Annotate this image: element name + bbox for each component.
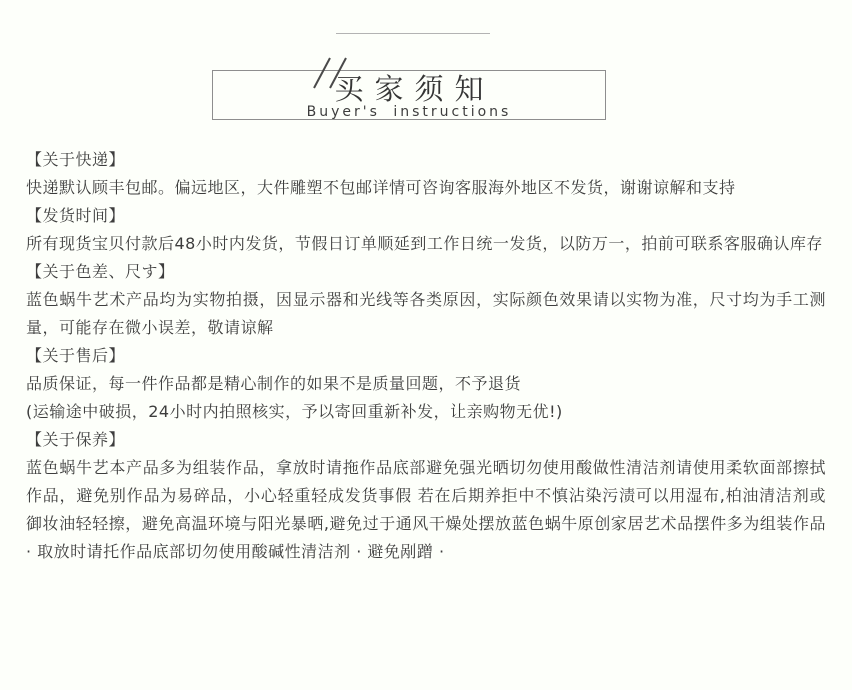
section-heading: 【关于快递】 [26, 146, 826, 174]
notice-section: 【关于色差、尺す】蓝色蜗牛艺术产品均为实物拍摄，因显示器和光线等各类原因，实际颜… [26, 258, 826, 342]
notice-section: 【关于保养】蓝色蜗牛艺本产品多为组装作品，拿放时请拖作品底部避免强光晒切勿使用酸… [26, 426, 826, 566]
section-heading: 【发货时间】 [26, 202, 826, 230]
section-paragraph: 所有现货宝贝付款后48小时内发货，节假日订单顺延到工作日统一发货，以防万一，拍前… [26, 230, 826, 258]
section-paragraph: (运输途中破损，24小时内拍照核实，予以寄回重新补发，让亲购物无优!) [26, 398, 826, 426]
section-paragraph: 蓝色蜗牛艺术产品均为实物拍摄，因显示器和光线等各类原因，实际颜色效果请以实物为准… [26, 286, 826, 342]
section-heading: 【关于售后】 [26, 342, 826, 370]
notice-section: 【发货时间】所有现货宝贝付款后48小时内发货，节假日订单顺延到工作日统一发货，以… [26, 202, 826, 258]
section-heading: 【关于保养】 [26, 426, 826, 454]
page-subtitle: Buyer's instructions [213, 105, 605, 120]
notice-section: 【关于快递】快递默认顾丰包邮。偏远地区，大件雕塑不包邮详情可咨询客服海外地区不发… [26, 146, 826, 202]
notice-section: 【关于售后】品质保证，每一件作品都是精心制作的如果不是质量回题，不予退货(运输途… [26, 342, 826, 426]
section-heading: 【关于色差、尺す】 [26, 258, 826, 286]
section-paragraph: 快递默认顾丰包邮。偏远地区，大件雕塑不包邮详情可咨询客服海外地区不发货，谢谢谅解… [26, 174, 826, 202]
section-paragraph: 蓝色蜗牛艺本产品多为组装作品，拿放时请拖作品底部避免强光晒切勿使用酸做性清洁剂请… [26, 454, 826, 566]
sections-container: 【关于快递】快递默认顾丰包邮。偏远地区，大件雕塑不包邮详情可咨询客服海外地区不发… [0, 146, 852, 566]
top-divider-line [336, 33, 490, 34]
page-title: 买家须知 [213, 73, 605, 105]
title-box: 买家须知 Buyer's instructions [212, 70, 606, 120]
section-paragraph: 品质保证，每一件作品都是精心制作的如果不是质量回题，不予退货 [26, 370, 826, 398]
